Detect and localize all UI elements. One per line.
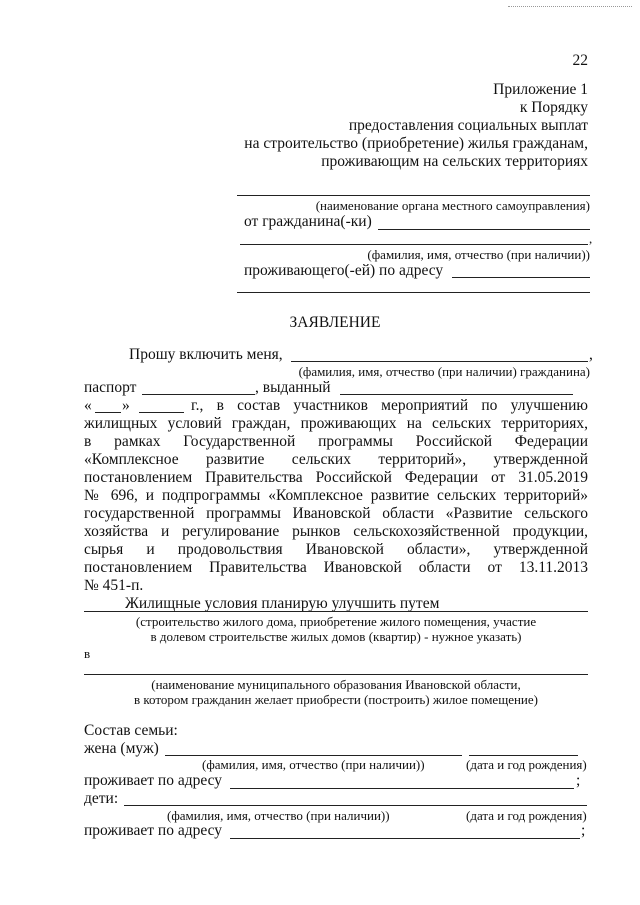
issued-label: , выданный — [255, 379, 331, 397]
municipality-caption: в котором гражданин желает приобрести (п… — [84, 692, 588, 708]
municipality-caption: (наименование муниципального образования… — [84, 677, 588, 693]
paragraph-line: сырья и продовольствия Ивановской област… — [84, 541, 588, 559]
children-address-field[interactable] — [230, 838, 580, 839]
method-caption: в долевом строительстве жилых домов (ква… — [84, 629, 588, 645]
header-line: к Порядку — [520, 99, 588, 117]
spouse-dob-field[interactable] — [469, 755, 578, 756]
paragraph-line: хозяйства и регулирование рынков сельско… — [84, 523, 588, 541]
document-title: ЗАЯВЛЕНИЕ — [0, 314, 640, 332]
issue-month-field[interactable] — [139, 412, 184, 413]
issued-by-field[interactable] — [340, 394, 573, 395]
citizen-caption: (фамилия, имя, отчество (при наличии) гр… — [299, 364, 590, 380]
children-label: дети: — [84, 790, 118, 808]
passport-label: паспорт — [84, 379, 136, 397]
from-name-field-2[interactable] — [240, 244, 588, 245]
citizen-name-field[interactable] — [291, 361, 588, 362]
request-label: Прошу включить меня, — [129, 346, 283, 364]
spouse-lives-label: проживает по адресу — [84, 772, 222, 790]
from-label: от гражданина(-ки) — [244, 213, 372, 231]
spouse-address-field[interactable] — [230, 788, 574, 789]
paragraph-line: № 451-п. — [84, 577, 143, 595]
paragraph-line: «Комплексное развитие сельских территори… — [84, 451, 588, 469]
paragraph-line: постановлением Правительства Российской … — [84, 469, 588, 487]
page-number: 22 — [573, 52, 589, 70]
name-caption: (фамилия, имя, отчество (при наличии)) — [367, 247, 590, 263]
spouse-dob-caption: (дата и год рождения) — [466, 757, 587, 773]
org-name-field[interactable] — [237, 195, 590, 196]
from-name-field[interactable] — [378, 229, 590, 230]
paragraph-line: № 696, и подпрограммы «Комплексное разви… — [84, 487, 588, 505]
paragraph-line: г., в состав участников мероприятий по у… — [191, 397, 588, 415]
address-field-2[interactable] — [237, 292, 590, 293]
method-caption: (строительство жилого дома, приобретение… — [84, 614, 588, 630]
spouse-name-field[interactable] — [165, 755, 462, 756]
header-line: Приложение 1 — [493, 81, 588, 99]
in-label: в — [84, 646, 90, 662]
passport-number-field[interactable] — [142, 394, 255, 395]
header-line: предоставления социальных выплат — [349, 117, 588, 135]
comma: , — [589, 346, 593, 364]
paragraph-line: в рамках Государственной программы Росси… — [84, 433, 588, 451]
date-close-quote: » — [122, 397, 130, 415]
date-open-quote: « — [84, 397, 92, 415]
scan-artifact — [508, 6, 632, 9]
address-field[interactable] — [452, 277, 590, 278]
spouse-name-caption: (фамилия, имя, отчество (при наличии)) — [202, 757, 425, 773]
paragraph-line: постановлением Правительства Ивановской … — [84, 559, 588, 577]
municipality-field[interactable] — [84, 674, 588, 675]
address-label: проживающего(-ей) по адресу — [244, 262, 443, 280]
comma: , — [589, 231, 592, 247]
header-line: проживающим на сельских территориях — [321, 153, 588, 171]
semicolon: ; — [576, 772, 580, 790]
paragraph-line: государственной программы Ивановской обл… — [84, 505, 588, 523]
improvement-method-field[interactable] — [84, 611, 588, 612]
org-caption: (наименование органа местного самоуправл… — [316, 198, 590, 214]
children-lives-label: проживает по адресу — [84, 822, 222, 840]
family-title: Состав семьи: — [84, 722, 178, 740]
children-dob-caption: (дата и год рождения) — [466, 808, 587, 824]
header-line: на строительство (приобретение) жилья гр… — [244, 135, 588, 153]
semicolon: ; — [581, 822, 585, 840]
issue-day-field[interactable] — [95, 412, 121, 413]
spouse-label: жена (муж) — [84, 740, 159, 758]
children-field[interactable] — [124, 805, 587, 806]
paragraph-line: жилищных условий граждан, проживающих на… — [84, 415, 588, 433]
